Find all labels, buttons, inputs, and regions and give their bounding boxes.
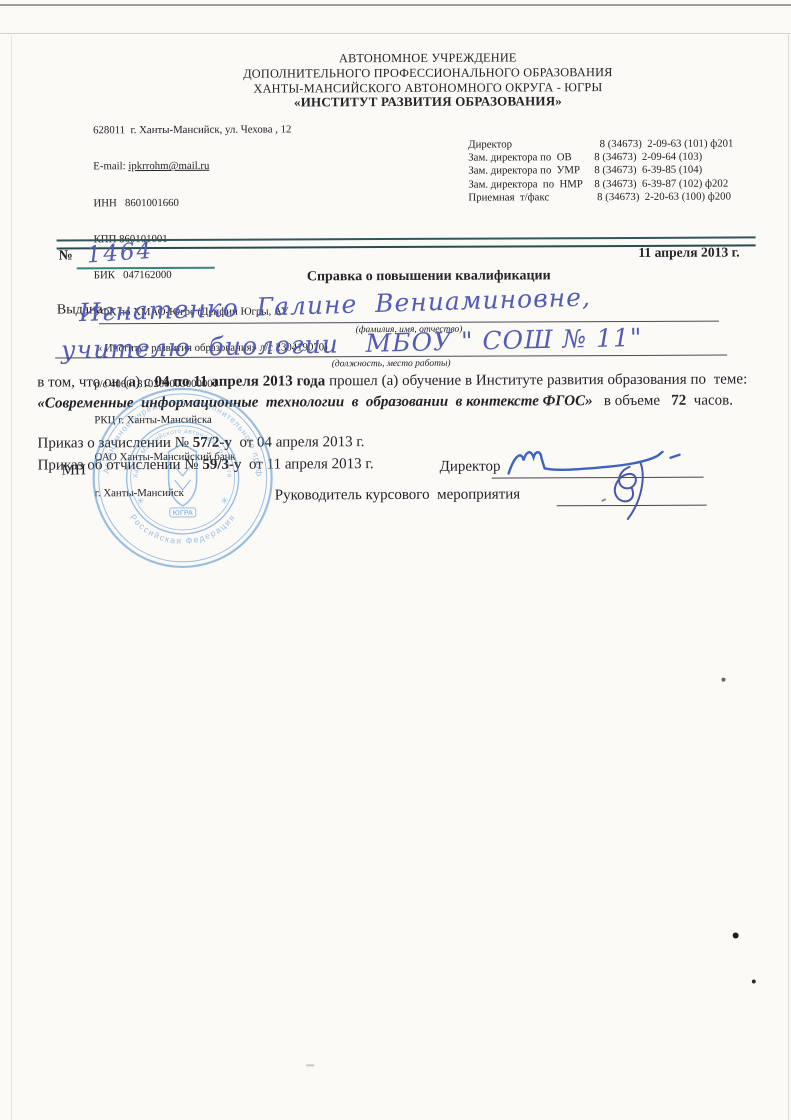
phone-role: Приемная т/факс — [468, 191, 594, 205]
email-line: E-mail: ipkrrohm@mail.ru — [93, 160, 327, 173]
scan-smudge — [306, 1064, 314, 1066]
body-text: прошел (а) обучение в Институте развития… — [325, 371, 755, 389]
scan-speck — [722, 678, 726, 682]
stamp-inner-text: Ханты-Мансийского автономного округа – Ю… — [132, 428, 232, 480]
scan-speck — [752, 979, 756, 983]
institute-round-stamp: Автономное учреждение дополнительного пр… — [90, 386, 275, 571]
course-head-signature — [592, 461, 672, 523]
director-label: Директор — [440, 459, 501, 476]
doc-date: 11 апреля 2013 г. — [0, 244, 740, 263]
address-line: 628011 г. Ханты-Мансийск, ул. Чехова , 1… — [93, 123, 327, 136]
svg-text:Ханты-Мансийского автономного: Ханты-Мансийского автономного округа – Ю… — [132, 428, 232, 480]
body-text: в объеме — [593, 393, 672, 409]
email-address: ipkrrohm@mail.ru — [128, 160, 209, 172]
phone-number: 8 (34673) 2-09-63 (101) ф201 — [594, 138, 733, 152]
phone-number: 8 (34673) 2-09-64 (103) — [594, 151, 702, 165]
phone-row: Приемная т/факс 8 (34673) 2-20-63 (100) … — [468, 190, 733, 204]
body-text: часов. — [686, 393, 733, 409]
scanned-certificate: АВТОНОМНОЕ УЧРЕЖДЕНИЕ ДОПОЛНИТЕЛЬНОГО ПР… — [0, 0, 791, 1120]
position-caption: (должность, место работы) — [55, 358, 727, 371]
phone-role: Зам. директора по ОВ — [468, 151, 594, 165]
phone-number: 8 (34673) 2-20-63 (100) ф200 — [594, 190, 731, 204]
phone-directory: Директор 8 (34673) 2-09-63 (101) ф201 За… — [468, 138, 734, 205]
phone-number: 8 (34673) 6-39-85 (104) — [594, 164, 702, 178]
stamp-center-label: ЮГРА — [173, 510, 193, 517]
phone-row: Зам. директора по УМР8 (34673) 6-39-85 (… — [468, 164, 733, 178]
phone-role: Зам. директора по НМР — [468, 178, 594, 192]
phone-row: Зам. директора по ОВ8 (34673) 2-09-64 (1… — [468, 151, 733, 165]
phone-number: 8 (34673) 6-39-87 (102) ф202 — [594, 177, 728, 191]
stamp-star-right: ✳ — [221, 496, 229, 506]
email-label: E-mail: — [93, 161, 128, 173]
phone-role: Зам. директора по УМР — [468, 165, 594, 179]
course-head-label: Руководитель курсового мероприятия — [275, 486, 521, 504]
doc-title: Справка о повышении квалификации — [109, 267, 749, 286]
phone-row: Директор 8 (34673) 2-09-63 (101) ф201 — [468, 138, 733, 152]
scan-speck — [733, 933, 739, 939]
stamp-crest: ЮГРА ✳ ✳ — [136, 444, 228, 517]
course-hours: 72 — [671, 393, 686, 409]
stamp-star-left: ✳ — [137, 496, 145, 506]
contact-line: ИНН 8601001660 — [93, 196, 327, 209]
mp-seal-mark: МП — [62, 462, 86, 479]
phone-role: Директор — [468, 138, 594, 152]
phone-row: Зам. директора по НМР8 (34673) 6-39-87 (… — [468, 177, 733, 191]
